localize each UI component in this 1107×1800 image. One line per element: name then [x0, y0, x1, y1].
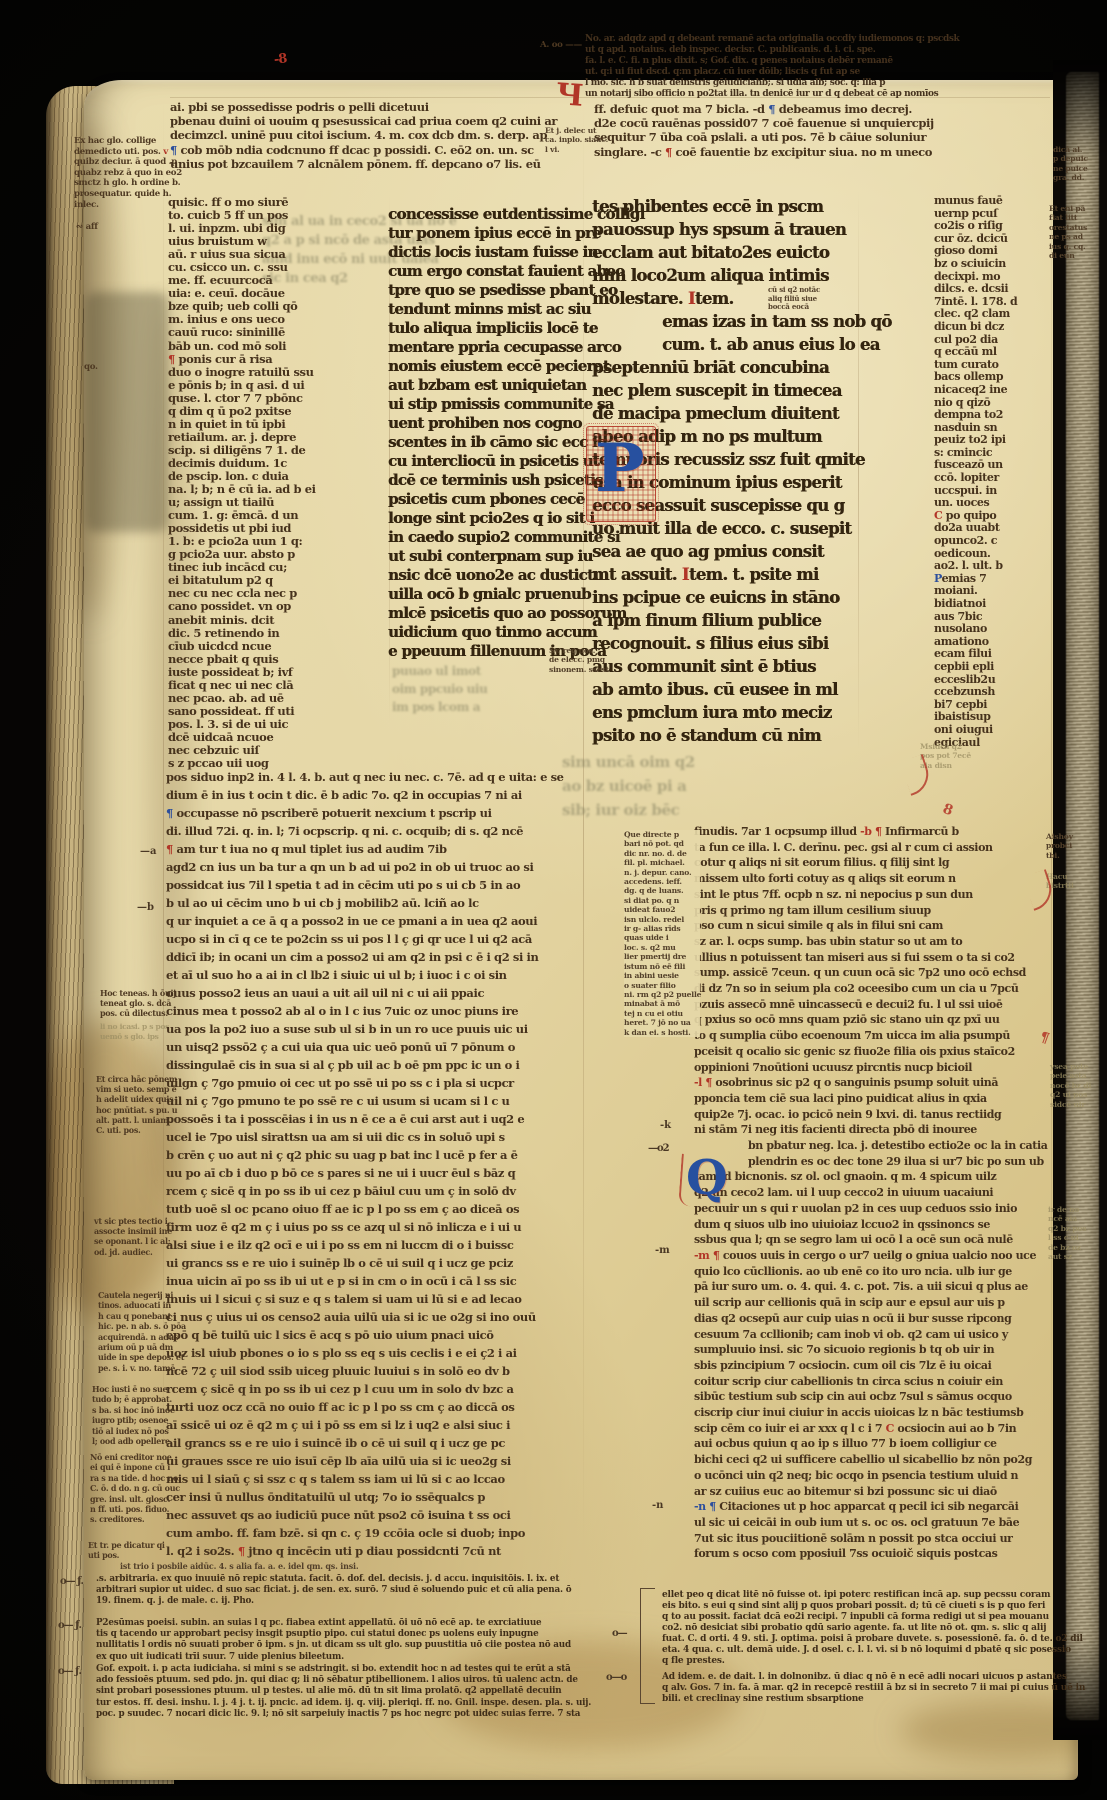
margin-note-sy-reg: Sy. reg nos.de elecc. pmqsinonem. ssest	[549, 646, 603, 674]
parchment-stain	[900, 1700, 1107, 1760]
margin-note-et-tr: Et tr. pe dicatur qiuti pos.	[88, 1540, 176, 1561]
tie-mark: o—	[612, 1628, 627, 1639]
margin-note-aff: ∾ aff	[76, 222, 98, 233]
showthrough-text: sim uncā oim q2ao bz uicoē pi asib; iur …	[562, 750, 852, 822]
verso-ink-showthrough	[86, 292, 168, 532]
gloss-ref-mark-b: —b	[137, 902, 154, 913]
addendum-right-entry-1: ellet peo q dicat litē nō fuisse ot. ipi…	[662, 1590, 1062, 1667]
illuminated-initial-q: Q	[686, 1150, 738, 1208]
main-text-left-column: concessisse eutdentissime colligitur pon…	[388, 205, 558, 661]
addendum-signe-mark: A. oo ——	[540, 40, 582, 51]
top-margin-addendum: No. ar. adqdz apd q debeant remanē acta …	[585, 34, 1015, 100]
margin-note-exhac: Ex hac glo. colligedemedicto uti. pos. v…	[74, 136, 174, 210]
inter-column-note-que-directe: Que directe pbari nō pot. qddic nr. no. …	[624, 830, 700, 1037]
addenda-intro-line: ist trio i posbile aidūc. 4. s alia fa. …	[120, 1562, 460, 1571]
gloss-left-column: quisic. ff o mo siurēto. cuicb 5 ff un p…	[168, 196, 390, 772]
tie-mark: o— ƒ.	[58, 1620, 81, 1631]
folio-mark: -8	[273, 51, 287, 67]
addenda-bracket	[640, 1588, 655, 1704]
lower-gloss-right-column: finudis. 7ar 1 ocpsump illud -b ¶ Infirm…	[694, 824, 1056, 1562]
gloss-ref-mark-a: —a	[140, 846, 156, 857]
initial-letter: Q	[686, 1150, 728, 1206]
tie-mark: o— ƒ.	[60, 1576, 83, 1587]
gloss-right-column: munus fauēuernp pcuſco2is o riſigcur ōz.…	[934, 195, 1054, 751]
gloss-ref-mark-m: -m	[655, 1245, 670, 1256]
addendum-entry-3: Gof. expoit. i. p acta iudiciaha. si min…	[96, 1664, 580, 1720]
margin-note-et-delec: Et j. delec utca. inplo. siaūc.l vi.	[545, 126, 595, 154]
margin-note-cu-si: cū si q2 notācaliq filiū siueboccā eocā	[768, 286, 838, 312]
gloss-top-right: ff. defuic quot ma 7 bicla. -d ¶ debeamu…	[594, 102, 1054, 159]
illuminated-initial-p: P	[586, 426, 656, 522]
margin-note-right-5: ysea potepeie astanocē bz dīq2 ui possid…	[1050, 1062, 1094, 1109]
addendum-right-entry-2: Ad idem. e. de dait. l. in dolnonibz. ū …	[662, 1672, 1062, 1705]
lower-gloss-left-column: pos siduo inp2 in. 4 l. 4. b. aut q nec …	[166, 768, 580, 1562]
addendum-entry-1: .s. arbitraria. ex quo inuuiē nō repic s…	[96, 1574, 580, 1608]
gloss-ref-mark-n: -n	[652, 1500, 663, 1511]
manuscript-photo: -8 A. oo —— Ч No. ar. adqdz apd q debean…	[0, 0, 1107, 1800]
addendum-entry-2: P2esūmas poeisi. subin. an suias l q pc.…	[96, 1618, 580, 1663]
margin-note-msid: Msidcā q2pos pot 7ecēaia disn	[920, 742, 980, 770]
tie-mark: —o2	[648, 1143, 669, 1154]
initial-letter: P	[595, 429, 645, 507]
margin-note-qo: qo.	[84, 362, 98, 373]
facing-page-fore-edge	[1053, 60, 1107, 1740]
tie-mark: o— ƒ.	[58, 1666, 81, 1677]
margin-note-right-1: dicā al.p depuicne puicegra. dd.	[1053, 145, 1097, 183]
gloss-top-left: ai. pbi se possedisse podris o pelli dic…	[170, 100, 600, 171]
tie-mark: o—o	[606, 1672, 626, 1683]
facing-page-text-edge	[1066, 72, 1099, 1720]
margin-note-right-2: Et eni pāfiat littorestatusne ps adius q…	[1049, 204, 1095, 260]
showthrough-text: puuao ul imotoim ppcuio uiuim pos lcom a	[392, 662, 556, 716]
gloss-ref-mark-k: -k	[660, 1120, 671, 1131]
